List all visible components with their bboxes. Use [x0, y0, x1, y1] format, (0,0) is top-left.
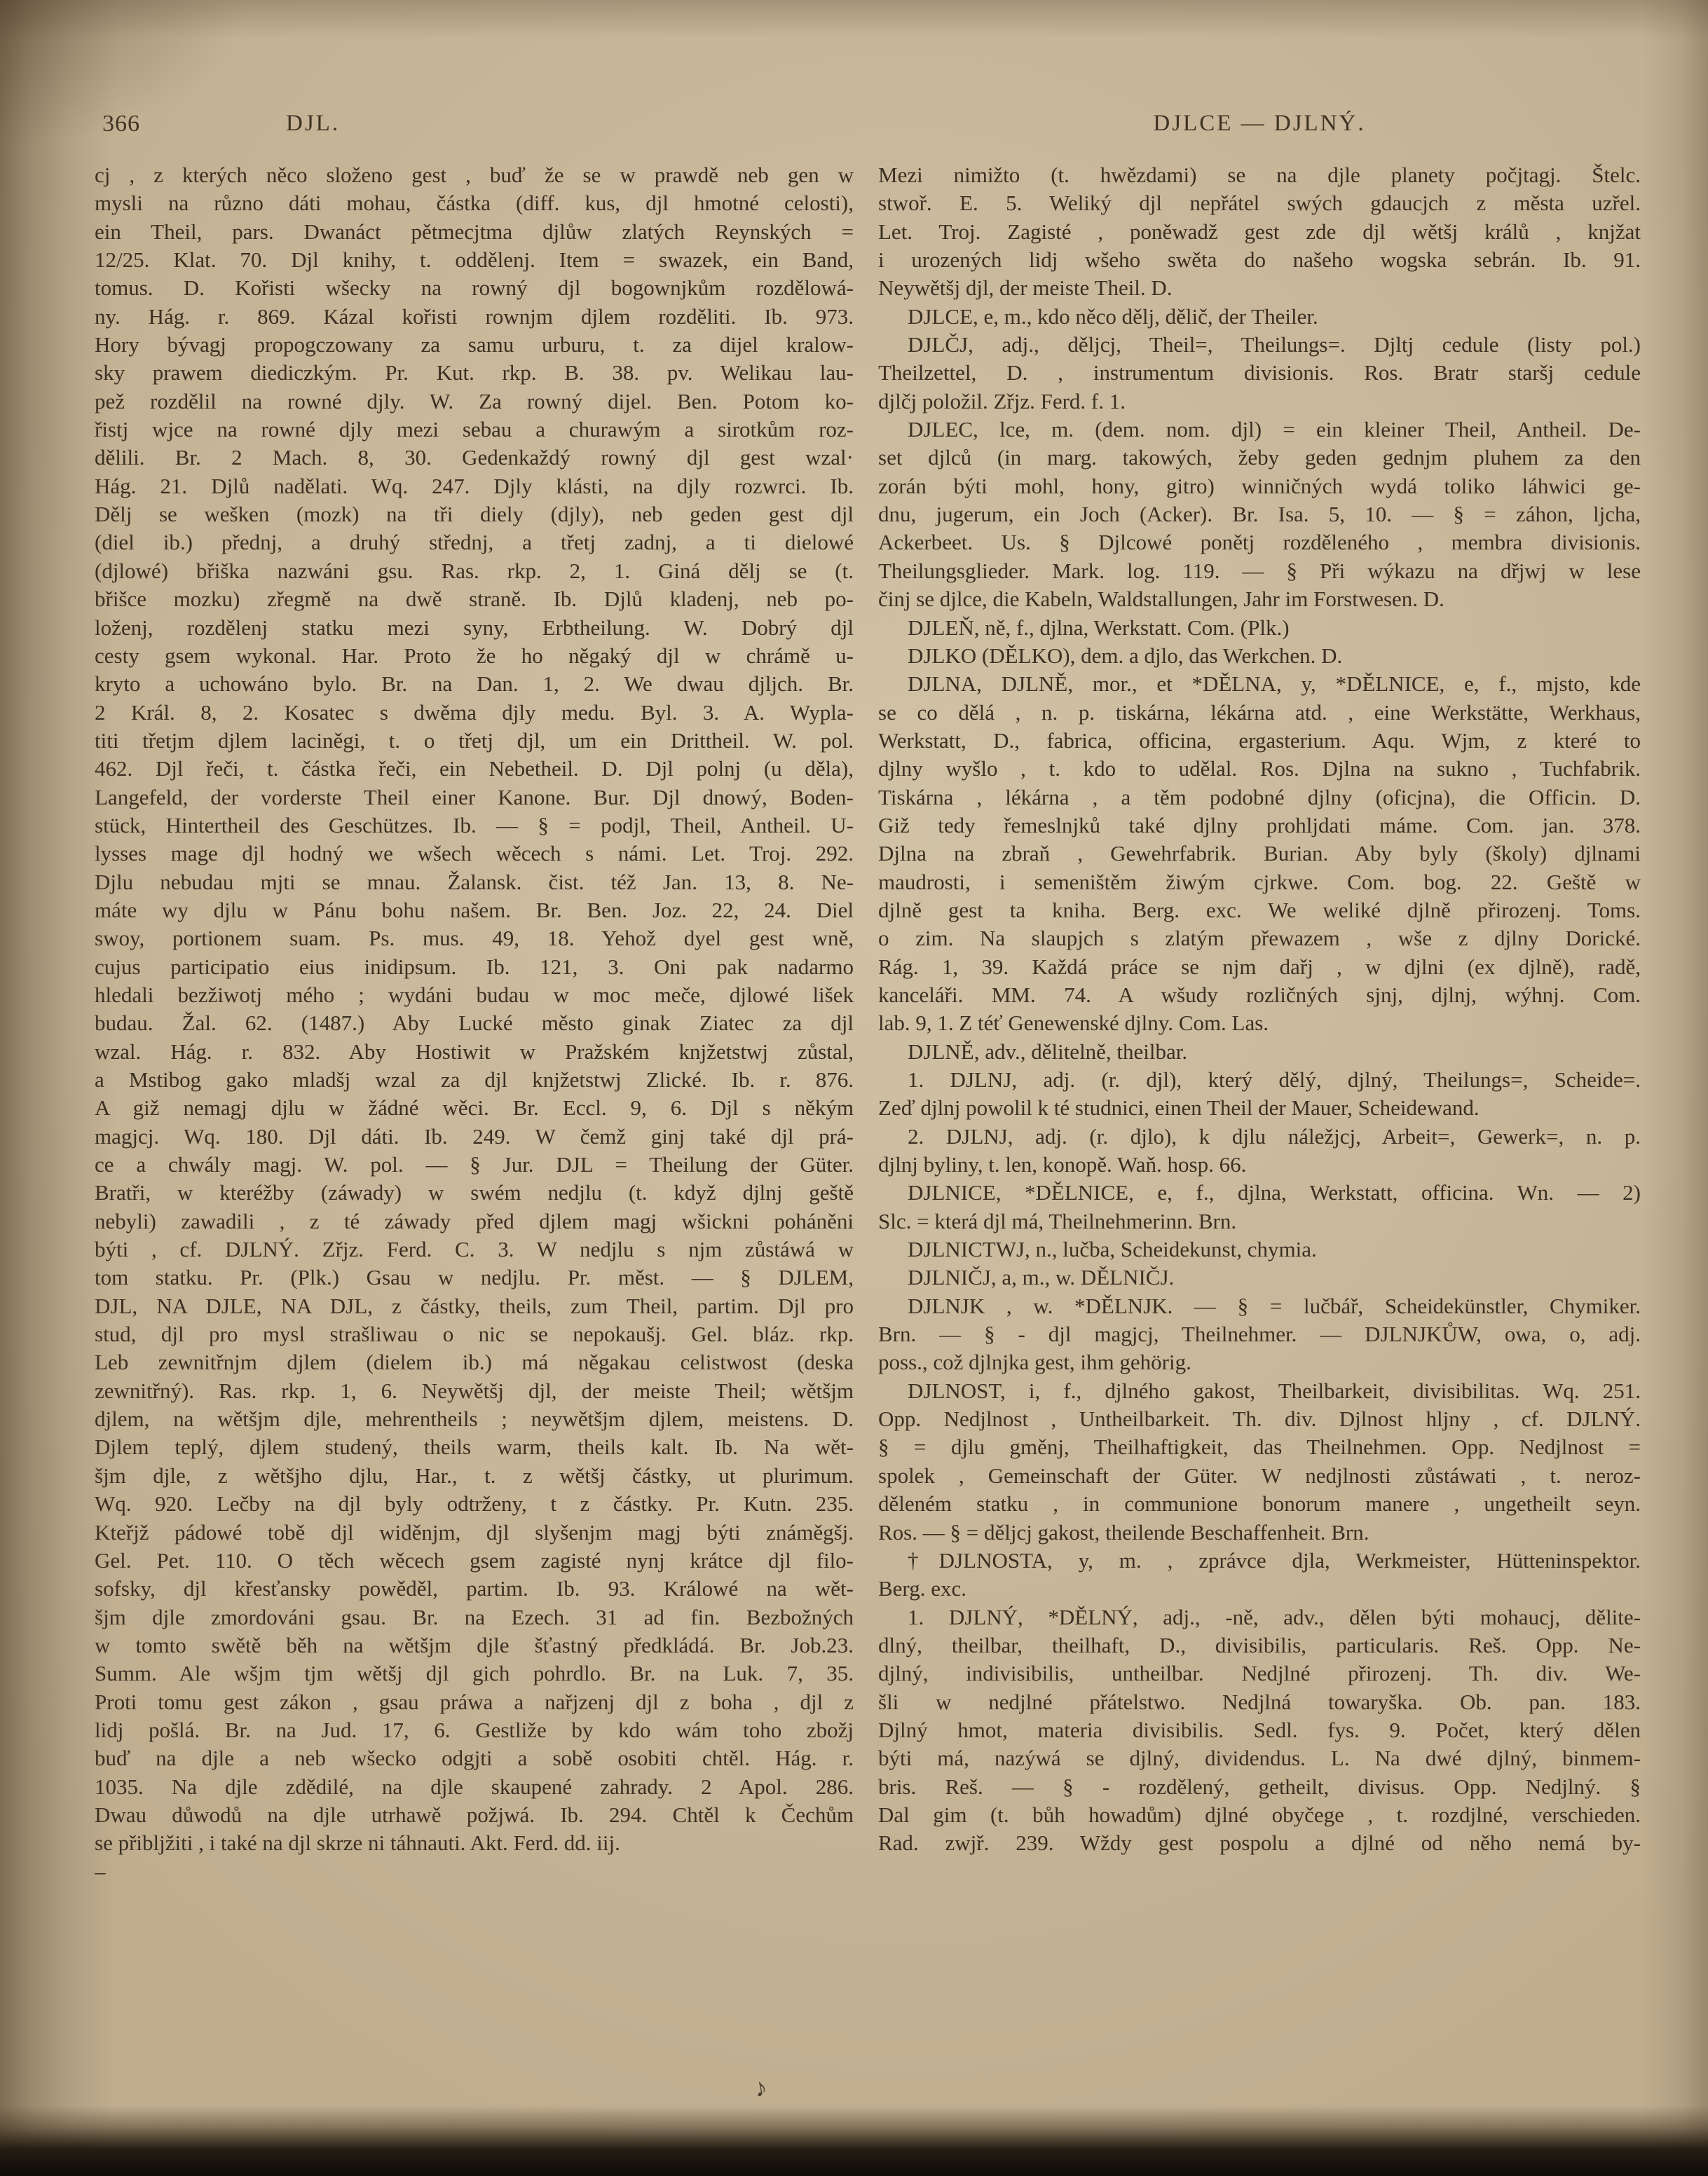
text-line: Leb zewnitřnjm djlem (dielem ib.) má něg…: [95, 1348, 854, 1376]
text-line: A giž nemagj djlu w žádné wěci. Br. Eccl…: [95, 1094, 854, 1122]
text-line: ein Theil, pars. Dwanáct pětmecjtma djlů…: [95, 218, 854, 246]
text-line: Berg. exc.: [878, 1575, 1641, 1603]
text-line: djlně gest ta kniha. Berg. exc. We welik…: [878, 896, 1641, 924]
text-line: břišce mozku) zřegmě na dwě straně. Ib. …: [95, 585, 854, 613]
text-line: 1. DJLNJ, adj. (r. djl), který dělý, djl…: [878, 1066, 1641, 1094]
text-line: cesty gsem wykonal. Har. Proto že ho něg…: [95, 642, 854, 670]
text-line: ny. Hág. r. 869. Kázal kořisti rownjm dj…: [95, 303, 854, 331]
text-line: DJLNICTWJ, n., lučba, Scheidekunst, chym…: [878, 1236, 1641, 1264]
text-line: Djlna na zbraň , Gewehrfabrik. Burian. A…: [878, 840, 1641, 868]
text-line: tomus. D. Kořisti wšecky na rowný djl bo…: [95, 274, 854, 302]
text-line: zewnitřný). Ras. rkp. 1, 6. Neywětšj djl…: [95, 1377, 854, 1405]
text-line: 2 Král. 8, 2. Kosatec s dwěma djly medu.…: [95, 699, 854, 727]
text-line: lysses mage djl hodný we wšech wěcech s …: [95, 840, 854, 868]
text-line: Ros. — § = děljcj gakost, theilende Besc…: [878, 1519, 1641, 1547]
text-line: šli w nedjlné přátelstwo. Nedjlná towary…: [878, 1688, 1641, 1716]
text-line: wzal. Hág. r. 832. Aby Hostiwit w Pražsk…: [95, 1038, 854, 1066]
text-line: sky prawem diediczkým. Pr. Kut. rkp. B. …: [95, 359, 854, 387]
text-line: Djlu nebudau mjti se mnau. Žalansk. čist…: [95, 868, 854, 896]
text-line: 1035. Na djle zdědilé, na djle skaupené …: [95, 1773, 854, 1801]
text-line: Langefeld, der vorderste Theil einer Kan…: [95, 784, 854, 812]
text-line: máte wy djlu w Pánu bohu našem. Br. Ben.…: [95, 896, 854, 924]
text-line: sofsky, djl křesťansky powěděl, partim. …: [95, 1575, 854, 1603]
text-line: stud, djl pro mysl strašliwau o nic se n…: [95, 1320, 854, 1348]
text-line: Mezi nimižto (t. hwězdami) se na djle pl…: [878, 161, 1641, 189]
text-line: šjm djle, z wětšjho djlu, Har., t. z wět…: [95, 1462, 854, 1490]
text-line: 1. DJLNÝ, *DĚLNÝ, adj., -ně, adv., dělen…: [878, 1603, 1641, 1631]
text-line: Zeď djlnj powolil k té studnici, einen T…: [878, 1094, 1641, 1122]
text-line: Bratři, w kteréžby (záwady) w swém nedjl…: [95, 1179, 854, 1207]
text-line: djlny wyšlo , t. kdo to udělal. Ros. Djl…: [878, 755, 1641, 783]
text-line: cujus participatio eius inidipsum. Ib. 1…: [95, 953, 854, 981]
text-line: dnu, jugerum, ein Joch (Acker). Br. Isa.…: [878, 500, 1641, 528]
text-line: Neywětšj djl, der meiste Theil. D.: [878, 274, 1641, 302]
text-line: Opp. Nedjlnost , Untheilbarkeit. Th. div…: [878, 1405, 1641, 1433]
text-line: Let. Troj. Zagisté , poněwadž gest zde d…: [878, 218, 1641, 246]
text-line: o zim. Na slaupjch s zlatým přewazem , w…: [878, 924, 1641, 952]
running-head-left: DJL.: [286, 111, 340, 137]
text-line: Dwau důwodů na djle utrhawě požjwá. Ib. …: [95, 1801, 854, 1829]
text-line: spolek , Gemeinschaft der Güter. W nedjl…: [878, 1462, 1641, 1490]
text-line: swoy, portionem suam. Ps. mus. 49, 18. Y…: [95, 924, 854, 952]
text-line: cj , z kterých něco složeno gest , buď ž…: [95, 161, 854, 189]
left-text-column: cj , z kterých něco složeno gest , buď ž…: [95, 161, 854, 1886]
text-line: –: [95, 1858, 854, 1886]
text-line: loženj, rozdělenj statku mezi syny, Erbt…: [95, 614, 854, 642]
text-line: řistj wjce na rowné djly mezi sebau a ch…: [95, 416, 854, 444]
text-line: Tiskárna , lékárna , a těm podobné djlny…: [878, 784, 1641, 812]
text-line: stwoř. E. 5. Weliký djl nepřátel swých g…: [878, 189, 1641, 217]
text-line: lab. 9, 1. Z téť Genewenské djlny. Com. …: [878, 1009, 1641, 1037]
text-line: se co dělá , n. p. tiskárna, lékárna atd…: [878, 699, 1641, 727]
text-line: Hág. 21. Djlů nadělati. Wq. 247. Djly kl…: [95, 472, 854, 500]
text-line: djlný, indivisibilis, untheilbar. Nedjln…: [878, 1660, 1641, 1688]
text-line: Dělj se wešken (mozk) na tři diely (djly…: [95, 500, 854, 528]
text-line: DJL, NA DJLE, NA DJL, z částky, theils, …: [95, 1292, 854, 1320]
text-line: 12/25. Klat. 70. Djl knihy, t. oddělenj.…: [95, 246, 854, 274]
text-line: bris. Reš. — § - rozdělený, getheilt, di…: [878, 1773, 1641, 1801]
text-line: 462. Djl řeči, t. částka řeči, ein Nebet…: [95, 755, 854, 783]
text-line: Theilzettel, D. , instrumentum divisioni…: [878, 359, 1641, 387]
text-line: Summ. Ale wšjm tjm wětšj djl gich pohrdl…: [95, 1660, 854, 1688]
text-line: býti , cf. DJLNÝ. Zřjz. Ferd. C. 3. W ne…: [95, 1236, 854, 1264]
text-line: budau. Žal. 62. (1487.) Aby Lucké město …: [95, 1009, 854, 1037]
text-line: maudrosti, i semeništěm žiwým cjrkwe. Co…: [878, 868, 1641, 896]
text-line: (diel ib.) přednj, a druhý střednj, a tř…: [95, 528, 854, 556]
text-line: Ackerbeet. Us. § Djlcowé ponětj rozdělen…: [878, 528, 1641, 556]
text-line: Rad. zwjř. 239. Wždy gest pospolu a djln…: [878, 1829, 1641, 1857]
text-line: DJLČJ, adj., děljcj, Theil=, Theilungs=.…: [878, 331, 1641, 359]
text-line: činj se djlce, die Kabeln, Waldstallunge…: [878, 585, 1641, 613]
text-line: DJLNĚ, adv., dělitelně, theilbar.: [878, 1038, 1641, 1066]
text-line: DJLNIČJ, a, m., w. DĚLNIČJ.: [878, 1264, 1641, 1292]
text-line: w tomto swětě běh na wětšjm djle šťastný…: [95, 1631, 854, 1660]
text-line: magjcj. Wq. 180. Djl dáti. Ib. 249. W če…: [95, 1123, 854, 1151]
text-line: Hory bývagj propogczowany za samu urburu…: [95, 331, 854, 359]
text-line: Djlný hmot, materia divisibilis. Sedl. f…: [878, 1716, 1641, 1744]
text-line: titi třetjm djlem laciněgi, t. o třetj d…: [95, 727, 854, 755]
text-line: DJLCE, e, m., kdo něco dělj, dělič, der …: [878, 303, 1641, 331]
text-line: (djlowé) břiška nazwáni gsu. Ras. rkp. 2…: [95, 557, 854, 585]
text-line: hledali bezžiwotj mého ; wydáni budau w …: [95, 981, 854, 1009]
text-line: Slc. = která djl má, Theilnehmerinn. Brn…: [878, 1207, 1641, 1236]
text-line: DJLKO (DĚLKO), dem. a djlo, das Werkchen…: [878, 642, 1641, 670]
text-line: 2. DJLNJ, adj. (r. djlo), k djlu náležjc…: [878, 1123, 1641, 1151]
text-line: djlem, na wětšjm djle, mehrentheils ; ne…: [95, 1405, 854, 1433]
text-line: zorán býti mohl, hony, gitro) winničných…: [878, 472, 1641, 500]
text-line: DJLNICE, *DĚLNICE, e, f., djlna, Werksta…: [878, 1179, 1641, 1207]
text-line: Theilungsglieder. Mark. log. 119. — § Př…: [878, 557, 1641, 585]
text-line: Gel. Pet. 110. O těch wěcech gsem zagist…: [95, 1547, 854, 1575]
text-line: nebyli) zawadili , z té záwady před djle…: [95, 1207, 854, 1236]
text-line: děleném statku , in communione bonorum m…: [878, 1490, 1641, 1518]
text-line: § = djlu gměnj, Theilhaftigkeit, das The…: [878, 1433, 1641, 1461]
text-line: Giž tedy řemeslnjků také djlny prohljdat…: [878, 812, 1641, 840]
text-line: djlčj položil. Zřjz. Ferd. f. 1.: [878, 388, 1641, 416]
text-line: Dal gim (t. bůh howadům) djlné obyčege ,…: [878, 1801, 1641, 1829]
text-line: Wq. 920. Lečby na djl byly odtrženy, t z…: [95, 1490, 854, 1518]
text-line: djlnj byliny, t. len, konopě. Waň. hosp.…: [878, 1151, 1641, 1179]
text-line: šjm djle zmordováni gsau. Br. na Ezech. …: [95, 1603, 854, 1631]
text-line: dlný, theilbar, theilhaft, D., divisibil…: [878, 1631, 1641, 1660]
text-line: kanceláři. MM. 74. A wšudy rozličných sj…: [878, 981, 1641, 1009]
text-line: býti má, nazýwá se djlný, dividendus. L.…: [878, 1744, 1641, 1772]
text-line: poss., což djlnjka gest, ihm gehörig.: [878, 1348, 1641, 1376]
text-line: DJLNJK , w. *DĚLNJK. — § = lučbář, Schei…: [878, 1292, 1641, 1320]
text-line: se přibljžiti , i také na djl skrze ni t…: [95, 1829, 854, 1857]
text-line: dělili. Br. 2 Mach. 8, 30. Gedenkaždý ro…: [95, 444, 854, 472]
running-head-right: DJLCE — DJLNÝ.: [878, 111, 1641, 137]
text-line: DJLNA, DJLNĚ, mor., et *DĚLNA, y, *DĚLNI…: [878, 670, 1641, 698]
text-line: ce a chwály magj. W. pol. — § Jur. DJL =…: [95, 1151, 854, 1179]
page-number: 366: [102, 111, 140, 137]
text-line: Kteřjž pádowé tobě djl widěnjm, djl slyš…: [95, 1519, 854, 1547]
text-line: Rág. 1, 39. Každá práce se njm dařj , w …: [878, 953, 1641, 981]
text-line: DJLNOST, i, f., djlného gakost, Theilbar…: [878, 1377, 1641, 1405]
scanned-dictionary-page: { "page": { "number": "366", "running_he…: [0, 0, 1708, 2176]
text-line: Proti tomu gest zákon , gsau práwa a nař…: [95, 1688, 854, 1716]
text-line: buď na djle a neb wšecko odgjti a sobě o…: [95, 1744, 854, 1772]
text-line: mysli na různo dáti mohau, částka (diff.…: [95, 189, 854, 217]
text-line: a Mstibog gako mladšj wzal za djl knjžet…: [95, 1066, 854, 1094]
text-line: Werkstatt, D., fabrica, officina, ergast…: [878, 727, 1641, 755]
text-line: Djlem teplý, djlem studený, theils warm,…: [95, 1433, 854, 1461]
text-line: stück, Hintertheil des Geschützes. Ib. —…: [95, 812, 854, 840]
text-line: DJLEŇ, ně, f., djlna, Werkstatt. Com. (P…: [878, 614, 1641, 642]
text-line: tom statku. Pr. (Plk.) Gsau w nedjlu. Pr…: [95, 1264, 854, 1292]
text-line: kryto a uchowáno bylo. Br. na Dan. 1, 2.…: [95, 670, 854, 698]
text-line: DJLEC, lce, m. (dem. nom. djl) = ein kle…: [878, 416, 1641, 444]
text-line: i urozených lidj wšeho swěta do našeho w…: [878, 246, 1641, 274]
text-line: †DJLNOSTA, y, m. , zprávce djla, Werkmei…: [878, 1547, 1641, 1575]
text-line: pež rozdělil na rowné djly. W. Za rowný …: [95, 388, 854, 416]
text-line: lidj pošlá. Br. na Jud. 17, 6. Gestliže …: [95, 1716, 854, 1744]
text-line: Brn. — § - djl magjcj, Theilnehmer. — DJ…: [878, 1320, 1641, 1348]
text-line: set djlců (in marg. takowých, žeby geden…: [878, 444, 1641, 472]
right-text-column: Mezi nimižto (t. hwězdami) se na djle pl…: [878, 161, 1641, 1858]
